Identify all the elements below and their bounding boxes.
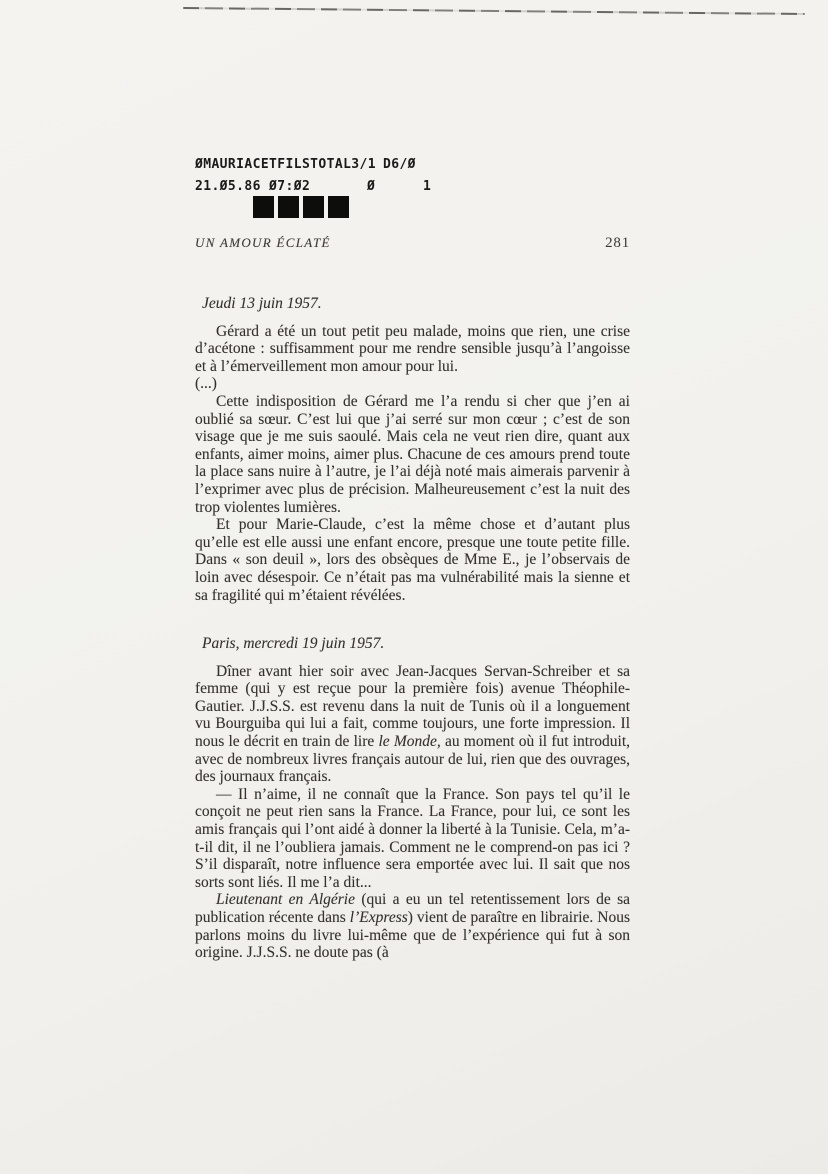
stamp-ref: D6/Ø (383, 157, 416, 172)
text-segment: Gérard a été un tout petit peu malade, m… (195, 323, 630, 375)
registration-mark (328, 196, 349, 218)
italic-text-segment: le Monde, (378, 733, 440, 750)
page-body: Jeudi 13 juin 1957.Gérard a été un tout … (195, 295, 630, 962)
registration-marks (253, 196, 349, 218)
running-header: UN AMOUR ÉCLATÉ 281 (195, 235, 630, 252)
scanned-page: ØMAURIACETFILSTOTAL3/1 D6/Ø 21.Ø5.86 Ø7:… (0, 0, 828, 1174)
italic-text-segment: Lieutenant en Algérie (216, 891, 361, 908)
date-heading: Paris, mercredi 19 juin 1957. (195, 635, 630, 653)
paragraph: — Il n’aime, il ne connaît que la France… (195, 786, 630, 892)
page-number: 281 (605, 235, 630, 252)
registration-mark (303, 196, 324, 218)
text-segment: — Il n’aime, il ne connaît que la France… (195, 786, 630, 891)
italic-text-segment: l’Express (350, 909, 408, 926)
stamp-counter: 1 (423, 179, 431, 194)
registration-mark (253, 196, 274, 218)
paragraph: Gérard a été un tout petit peu malade, m… (195, 323, 630, 393)
text-segment: Cette indisposition de Gérard me l’a ren… (195, 393, 630, 516)
text-segment: (...) (195, 375, 217, 392)
paragraph: Dîner avant hier soir avec Jean-Jacques … (195, 663, 630, 786)
book-title: UN AMOUR ÉCLATÉ (195, 235, 331, 251)
printer-stamp: ØMAURIACETFILSTOTAL3/1 D6/Ø 21.Ø5.86 Ø7:… (195, 157, 635, 221)
paragraph: Lieutenant en Algérie (qui a eu un tel r… (195, 891, 630, 961)
text-segment: Et pour Marie-Claude, c’est la même chos… (195, 516, 630, 603)
registration-mark (278, 196, 299, 218)
stamp-datetime: 21.Ø5.86 Ø7:Ø2 (195, 179, 310, 194)
stamp-code: ØMAURIACETFILSTOTAL3/1 (195, 157, 376, 172)
date-heading: Jeudi 13 juin 1957. (195, 295, 630, 313)
scan-edge-artifact (183, 7, 805, 15)
paragraph: Et pour Marie-Claude, c’est la même chos… (195, 516, 630, 604)
stamp-flag: Ø (367, 179, 375, 194)
paragraph: Cette indisposition de Gérard me l’a ren… (195, 393, 630, 516)
